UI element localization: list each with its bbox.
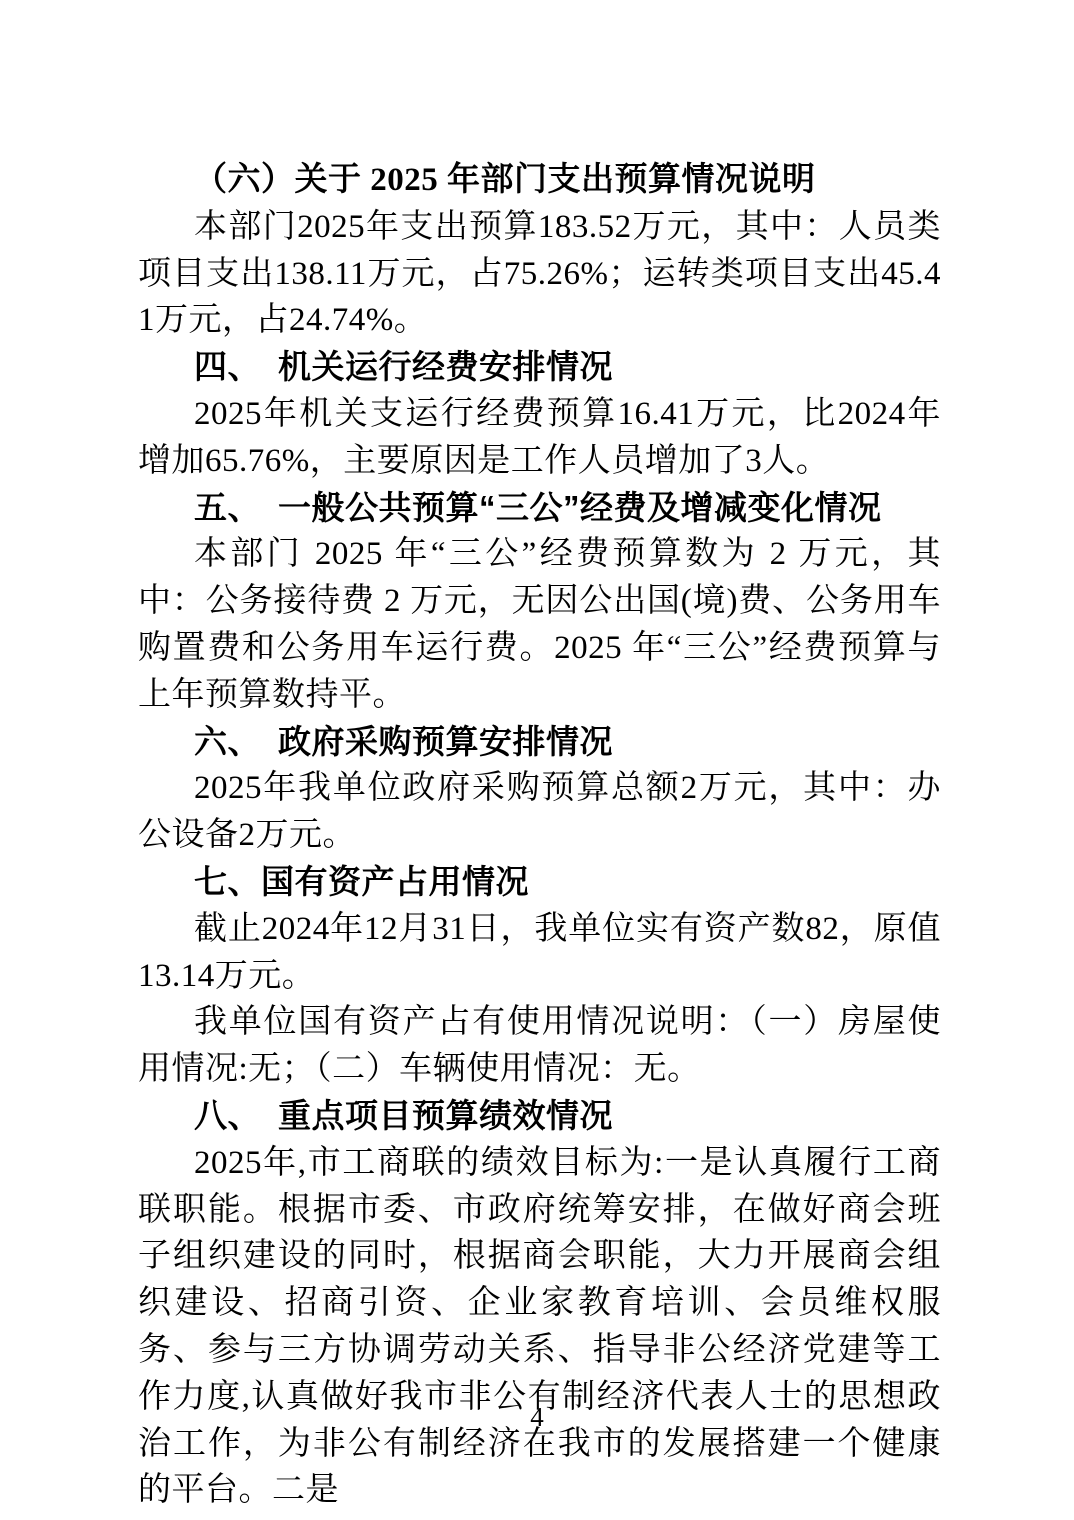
paragraph-government-procurement: 2025年我单位政府采购预算总额2万元，其中：办公设备2万元。 [138,765,941,859]
page-number: 4 [0,1402,1074,1433]
heading-section-5-three-public-funds: 五、 一般公共预算“三公”经费及增减变化情况 [138,485,941,532]
subheading-expenditure-budget: （六）关于 2025 年部门支出预算情况说明 [138,157,941,204]
document-body: （六）关于 2025 年部门支出预算情况说明 本部门2025年支出预算183.5… [138,157,941,1514]
paragraph-three-public-funds: 本部门 2025 年“三公”经费预算数为 2 万元，其中：公务接待费 2 万元，… [138,531,941,718]
paragraph-state-assets-usage: 我单位国有资产占有使用情况说明：（一）房屋使用情况:无；（二）车辆使用情况：无。 [138,999,941,1093]
heading-section-7-state-assets: 七、国有资产占用情况 [138,859,941,906]
paragraph-operating-funds: 2025年机关支运行经费预算16.41万元，比2024年增加65.76%，主要原… [138,391,941,485]
heading-section-8-key-project-performance: 八、 重点项目预算绩效情况 [138,1093,941,1140]
paragraph-expenditure-budget: 本部门2025年支出预算183.52万元，其中：人员类项目支出138.11万元，… [138,204,941,344]
paragraph-key-project-performance: 2025年,市工商联的绩效目标为:一是认真履行工商联职能。根据市委、市政府统筹安… [138,1140,941,1514]
heading-section-6-government-procurement: 六、 政府采购预算安排情况 [138,719,941,766]
document-page: （六）关于 2025 年部门支出预算情况说明 本部门2025年支出预算183.5… [0,0,1074,1520]
heading-section-4-operating-funds: 四、 机关运行经费安排情况 [138,344,941,391]
paragraph-state-assets-summary: 截止2024年12月31日，我单位实有资产数82，原值13.14万元。 [138,906,941,1000]
